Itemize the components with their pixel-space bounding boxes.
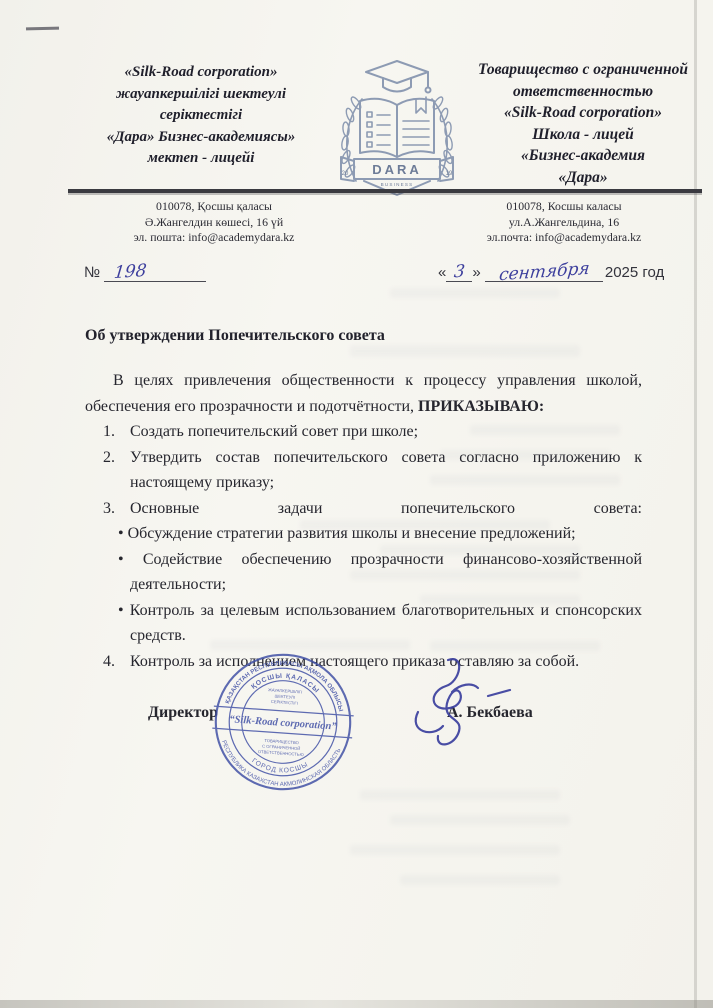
item-text: Создать попечительский совет при школе; [130, 419, 642, 445]
quote-close: » [472, 264, 480, 281]
document-date: «3» сентября2025 год [438, 262, 664, 282]
sub-bullet-list: • Обсуждение стратегии развития школы и … [118, 521, 642, 649]
org-line: «Silk-Road corporation» [452, 102, 713, 124]
contacts-kazakh: 010078, Қосшы қаласы Ә.Жангелдин көшесі,… [78, 199, 350, 246]
graduation-cap-icon [366, 61, 428, 83]
intro-text: В целях привлечения общественности к про… [85, 372, 642, 415]
contacts-russian: 010078, Косшы каласы ул.А.Жангельдина, 1… [428, 199, 700, 246]
scan-edge-bottom [0, 1000, 713, 1008]
bleed-through-mark [360, 790, 560, 800]
bleed-through-mark [400, 875, 560, 885]
svg-text:ГОРОД КОСШЫ: ГОРОД КОСШЫ [250, 757, 310, 776]
number-underline: 198 [104, 262, 206, 282]
stamp-ring-bottom-text: ГОРОД КОСШЫ [250, 757, 310, 776]
org-line: мектеп - лицейі [66, 148, 336, 170]
contact-line: ул.А.Жангельдина, 16 [428, 215, 700, 231]
org-line: «Silk-Road corporation» [66, 62, 336, 84]
document-subject: Об утверждении Попечительского совета [85, 327, 385, 345]
sub-bullet: • Контроль за целевым использованием бла… [118, 598, 642, 649]
handwritten-day: 3 [453, 262, 466, 283]
logo-subtitle: BUSINESS [381, 182, 414, 187]
bleed-through-mark [390, 288, 560, 298]
org-name-russian: Товарищество с ограниченной ответственно… [452, 59, 713, 188]
contact-line: 010078, Қосшы қаласы [78, 199, 350, 215]
intro-keyword: ПРИКАЗЫВАЮ: [418, 398, 544, 415]
contact-line: 010078, Косшы каласы [428, 199, 700, 215]
org-line: серіктестігі [66, 105, 336, 127]
item-text: Основные задачи попечительского совета: [130, 496, 642, 522]
item-number: 1. [103, 419, 130, 445]
logo-name-text: DARA [372, 162, 422, 177]
bleed-through-mark [390, 815, 570, 825]
item-number: 3. [103, 496, 130, 522]
sub-bullet: • Обсуждение стратегии развития школы и … [118, 521, 642, 547]
bullet-icon: • [118, 602, 124, 619]
contact-line: эл.почта: info@academydara.kz [428, 230, 700, 246]
bullet-text: Контроль за целевым использованием благо… [130, 602, 642, 645]
org-line: «Дара» Бизнес-академиясы» [66, 127, 336, 149]
contact-line: Ә.Жангелдин көшесі, 16 үй [78, 215, 350, 231]
scan-artifact-dash [26, 27, 59, 31]
item-text: Утвердить состав попечительского совета … [130, 445, 642, 496]
bleed-through-mark [350, 845, 560, 855]
item-text: Контроль за исполнением настоящего прика… [130, 649, 642, 675]
document-number: № 198 [84, 262, 206, 282]
bullet-icon: • [118, 551, 124, 568]
document-body: В целях привлечения общественности к про… [85, 368, 642, 674]
contact-line: эл. пошта: info@academydara.kz [78, 230, 350, 246]
month-underline: сентября [485, 262, 603, 282]
official-round-stamp: ҚАЗАҚСТАН РЕСПУБЛИКАСЫ АҚМОЛА ОБЛЫСЫ РЕС… [206, 645, 360, 799]
bullet-icon: • [118, 525, 124, 542]
org-line: Товарищество с ограниченной [452, 59, 713, 81]
order-item-3: 3. Основные задачи попечительского совет… [103, 496, 642, 522]
org-line: «Бизнес-академия [452, 145, 713, 167]
org-line: Школа - лицей [452, 124, 713, 146]
sub-bullet: • Содействие обеспечению прозрачности фи… [118, 547, 642, 598]
quote-open: « [438, 264, 446, 281]
bullet-text: Содействие обеспечению прозрачности фина… [130, 551, 642, 594]
year-text: 2025 год [605, 264, 664, 281]
org-line: ответственностью [452, 81, 713, 103]
order-item-1: 1. Создать попечительский совет при школ… [103, 419, 642, 445]
item-number: 4. [103, 649, 130, 675]
order-item-2: 2. Утвердить состав попечительского сове… [103, 445, 642, 496]
org-line: «Дара» [452, 167, 713, 189]
org-name-kazakh: «Silk-Road corporation» жауапкершілігі ш… [66, 62, 336, 170]
order-item-4: 4. Контроль за исполнением настоящего пр… [103, 649, 642, 675]
handwritten-number: 198 [113, 261, 147, 283]
letterhead-divider [68, 189, 702, 193]
handwritten-signature [388, 652, 523, 772]
day-underline: 3 [446, 262, 472, 282]
bullet-text: Обсуждение стратегии развития школы и вн… [128, 525, 576, 542]
scanned-order-document: «Silk-Road corporation» жауапкершілігі ш… [0, 0, 713, 1008]
org-line: жауапкершілігі шектеулі [66, 84, 336, 106]
signer-title: Директор [148, 704, 218, 722]
dara-academy-crest-logo: DARA 20 19 BUSINESS ACADEMY [336, 54, 458, 198]
stamp-inner-top-line: СЕРІКТЕСТІГІ [271, 699, 298, 706]
number-label: № [84, 264, 100, 281]
intro-paragraph: В целях привлечения общественности к про… [85, 368, 642, 419]
bleed-through-mark [350, 345, 580, 357]
item-number: 2. [103, 445, 130, 496]
logo-year-left: 20 [342, 171, 349, 177]
handwritten-month: сентября [498, 259, 591, 286]
